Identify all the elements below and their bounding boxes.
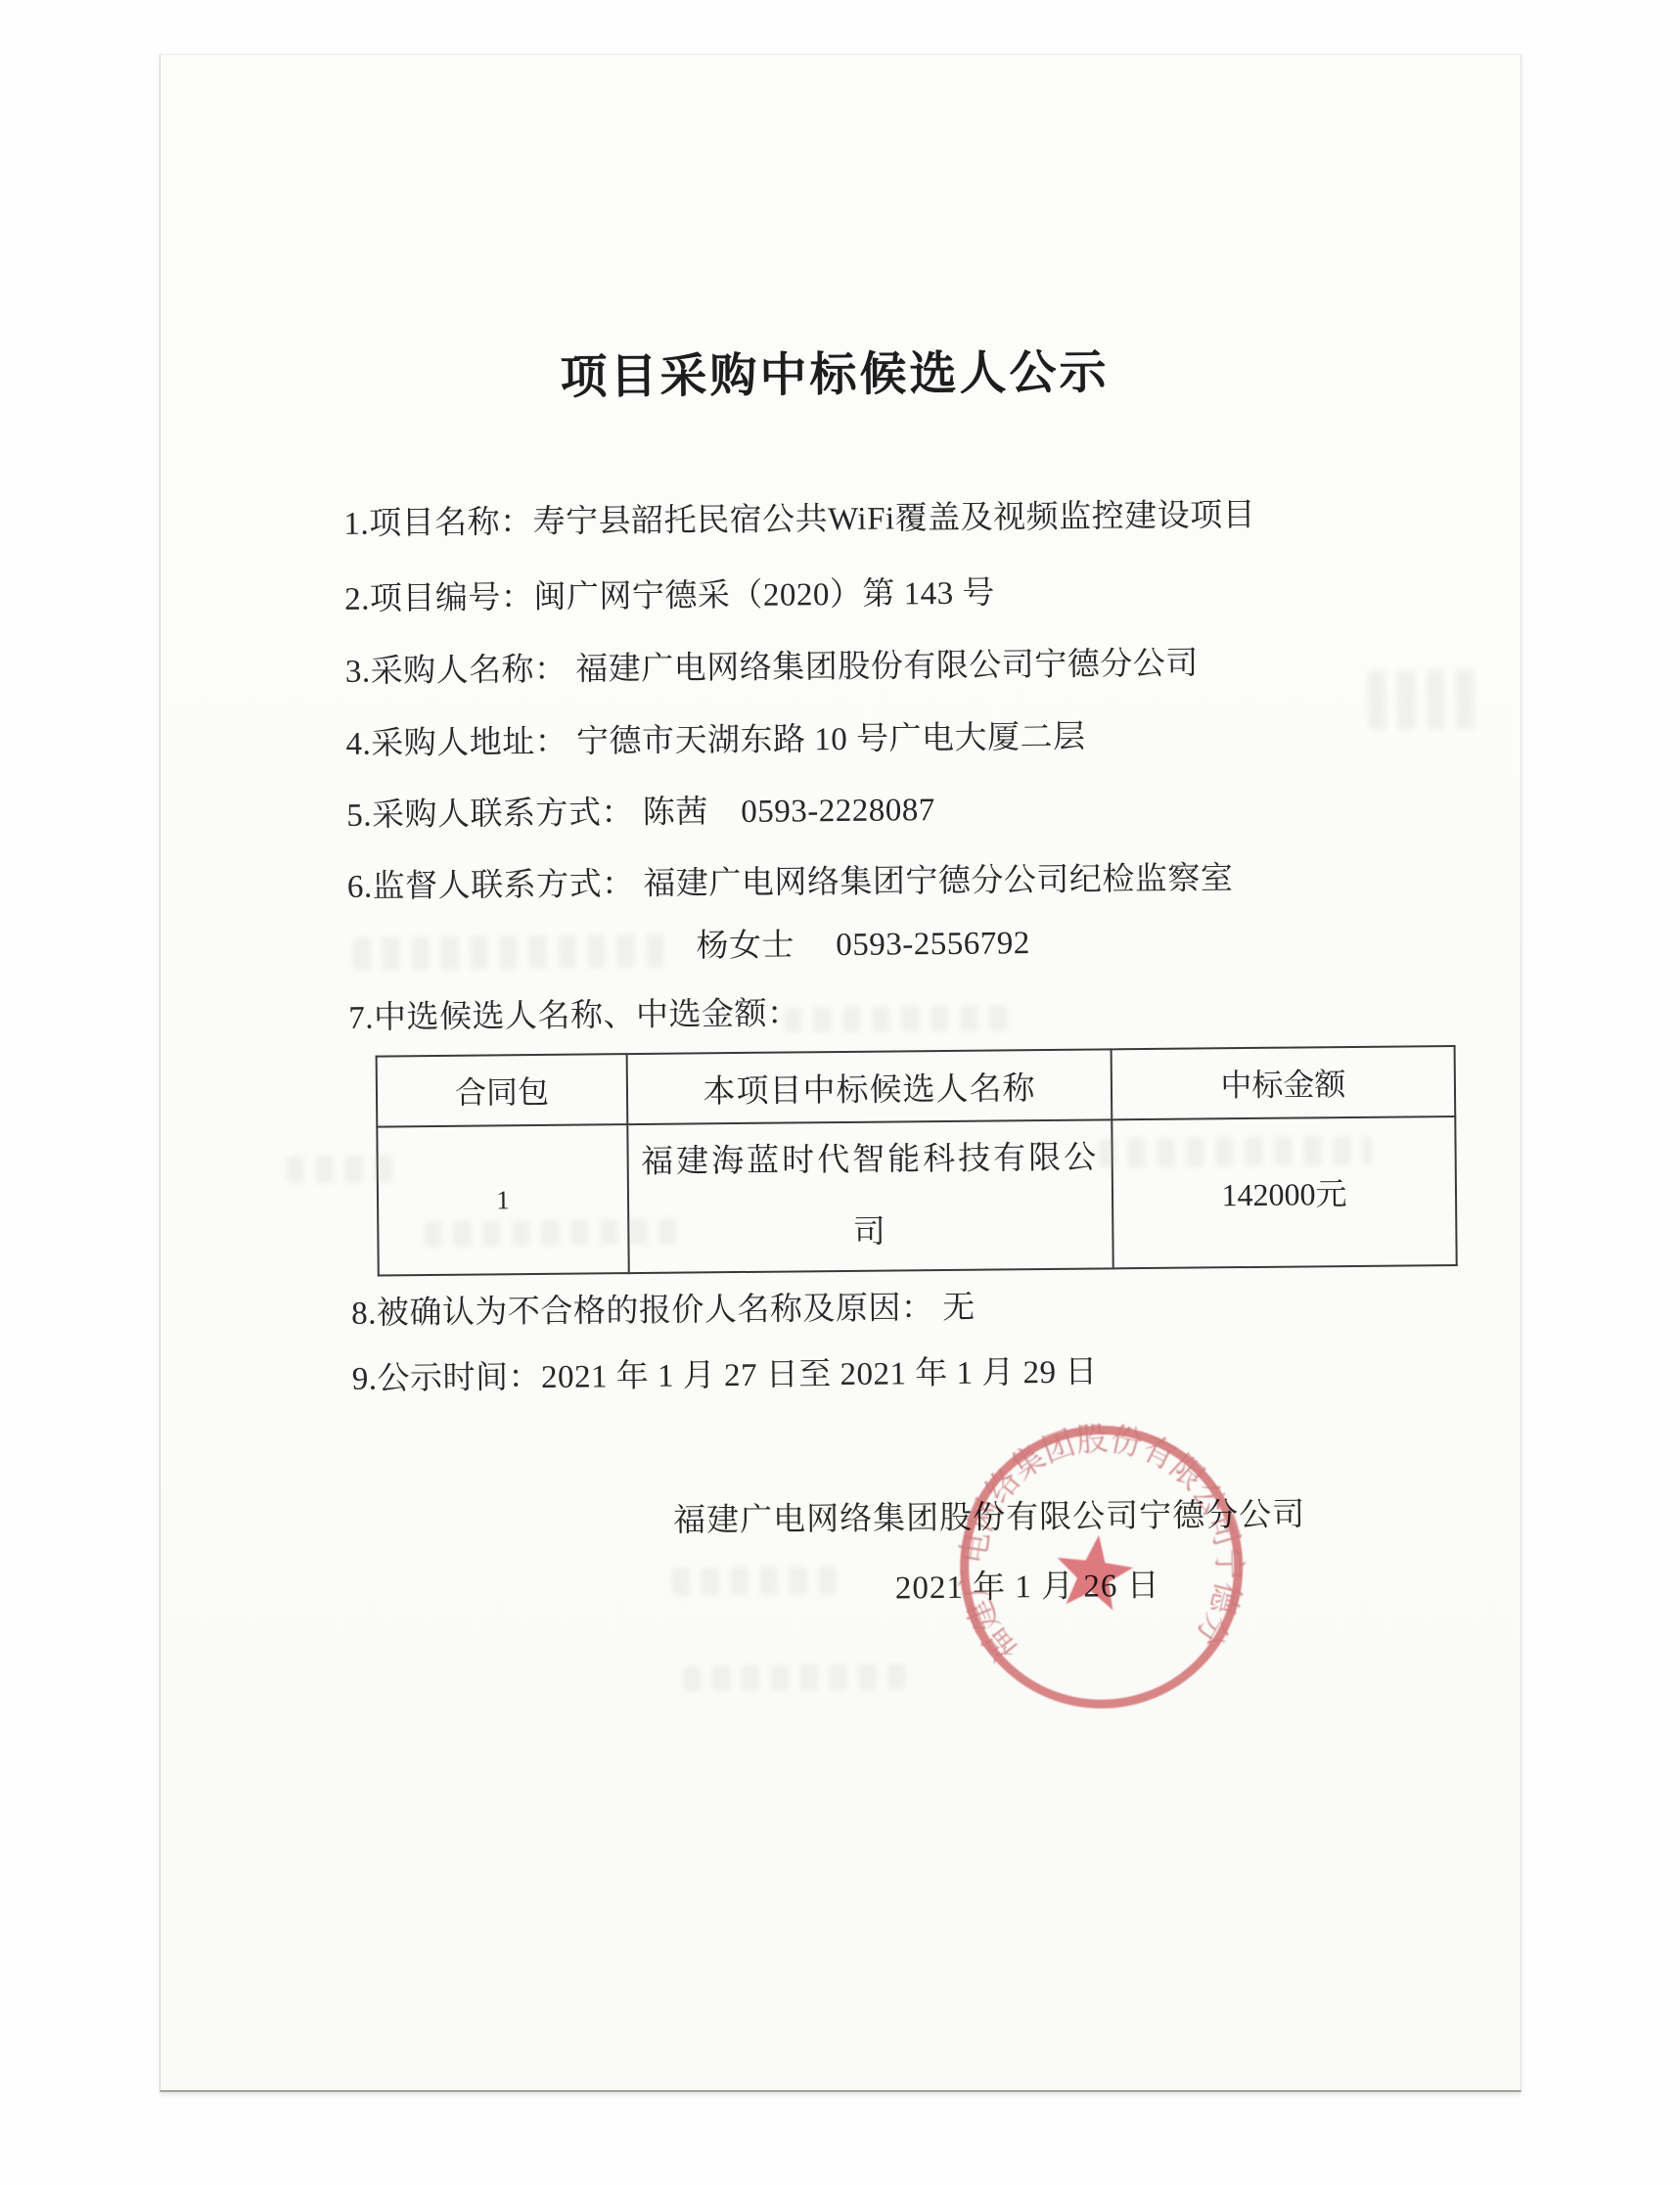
seal-star-icon — [1052, 1530, 1137, 1613]
cell-candidate: 福建海蓝时代智能科技有限公司 — [627, 1119, 1112, 1273]
item-number: 3. — [345, 655, 371, 690]
bleedthrough-smudge — [672, 1567, 839, 1596]
company-seal-stamp: 福建广电网络集团股份有限公司宁德分公司 — [943, 1409, 1259, 1725]
table-header-row: 合同包 本项目中标候选人名称 中标金额 — [377, 1046, 1456, 1127]
paper-sheet: 项目采购中标候选人公示 1.项目名称：寿宁县韶托民宿公共WiFi覆盖及视频监控建… — [159, 54, 1521, 2092]
cell-package: 1 — [377, 1124, 628, 1275]
list-item-7: 7.中选候选人名称、中选金额： — [348, 994, 800, 1037]
header-cell-amount: 中标金额 — [1112, 1046, 1456, 1119]
list-item-5: 5.采购人联系方式： 陈茜 0593-2228087 — [346, 791, 935, 836]
list-item-4: 4.采购人地址： 宁德市天湖东路 10 号广电大厦二层 — [345, 718, 1085, 764]
list-item-6-continuation: 杨女士 0593-2556792 — [696, 924, 1030, 966]
bleedthrough-smudge — [424, 1219, 688, 1248]
item-text: 项目编号：闽广网宁德采（2020）第 143 号 — [370, 575, 995, 616]
item-text: 采购人名称： 福建广电网络集团股份有限公司宁德分公司 — [370, 646, 1199, 689]
item-text: 采购人地址： 宁德市天湖东路 10 号广电大厦二层 — [371, 720, 1086, 762]
bleedthrough-smudge — [1098, 1136, 1372, 1168]
scanned-page: 项目采购中标候选人公示 1.项目名称：寿宁县韶托民宿公共WiFi覆盖及视频监控建… — [0, 0, 1680, 2185]
bleedthrough-smudge — [683, 1663, 908, 1691]
item-text: 中选候选人名称、中选金额： — [374, 996, 800, 1035]
list-item-6: 6.监督人联系方式： 福建广电网络集团宁德分公司纪检监察室 — [347, 859, 1234, 907]
bleedthrough-smudge — [287, 1155, 394, 1183]
item-number: 2. — [344, 582, 370, 617]
bleedthrough-smudge — [784, 1005, 1019, 1032]
list-item-2: 2.项目编号：闽广网宁德采（2020）第 143 号 — [344, 573, 995, 618]
list-item-3: 3.采购人名称： 福建广电网络集团股份有限公司宁德分公司 — [345, 644, 1199, 691]
item-number: 7. — [348, 1001, 374, 1036]
item-text: 采购人联系方式： 陈茜 0593-2228087 — [372, 793, 935, 834]
item-number: 8. — [351, 1297, 377, 1332]
item-number: 9. — [352, 1362, 378, 1397]
bleedthrough-smudge — [1368, 670, 1476, 730]
item-text: 项目名称：寿宁县韶托民宿公共WiFi覆盖及视频监控建设项目 — [369, 498, 1255, 542]
list-item-9: 9.公示时间：2021 年 1 月 27 日至 2021 年 1 月 29 日 — [352, 1352, 1098, 1398]
header-cell-package: 合同包 — [377, 1054, 628, 1126]
list-item-1: 1.项目名称：寿宁县韶托民宿公共WiFi覆盖及视频监控建设项目 — [343, 496, 1255, 544]
page-content: 项目采购中标候选人公示 1.项目名称：寿宁县韶托民宿公共WiFi覆盖及视频监控建… — [152, 48, 1531, 2096]
header-cell-candidate: 本项目中标候选人名称 — [627, 1049, 1112, 1124]
item-number: 4. — [345, 727, 371, 762]
item-number: 5. — [346, 798, 372, 834]
document-title: 项目采购中标候选人公示 — [155, 330, 1516, 410]
item-text: 监督人联系方式： 福建广电网络集团宁德分公司纪检监察室 — [373, 861, 1234, 904]
item-text: 被确认为不合格的报价人名称及原因： 无 — [377, 1291, 976, 1332]
list-item-8: 8.被确认为不合格的报价人名称及原因： 无 — [351, 1289, 976, 1334]
bleedthrough-smudge — [352, 934, 675, 971]
item-text: 公示时间：2021 年 1 月 27 日至 2021 年 1 月 29 日 — [377, 1354, 1098, 1396]
item-number: 1. — [343, 507, 369, 542]
item-number: 6. — [347, 870, 373, 905]
